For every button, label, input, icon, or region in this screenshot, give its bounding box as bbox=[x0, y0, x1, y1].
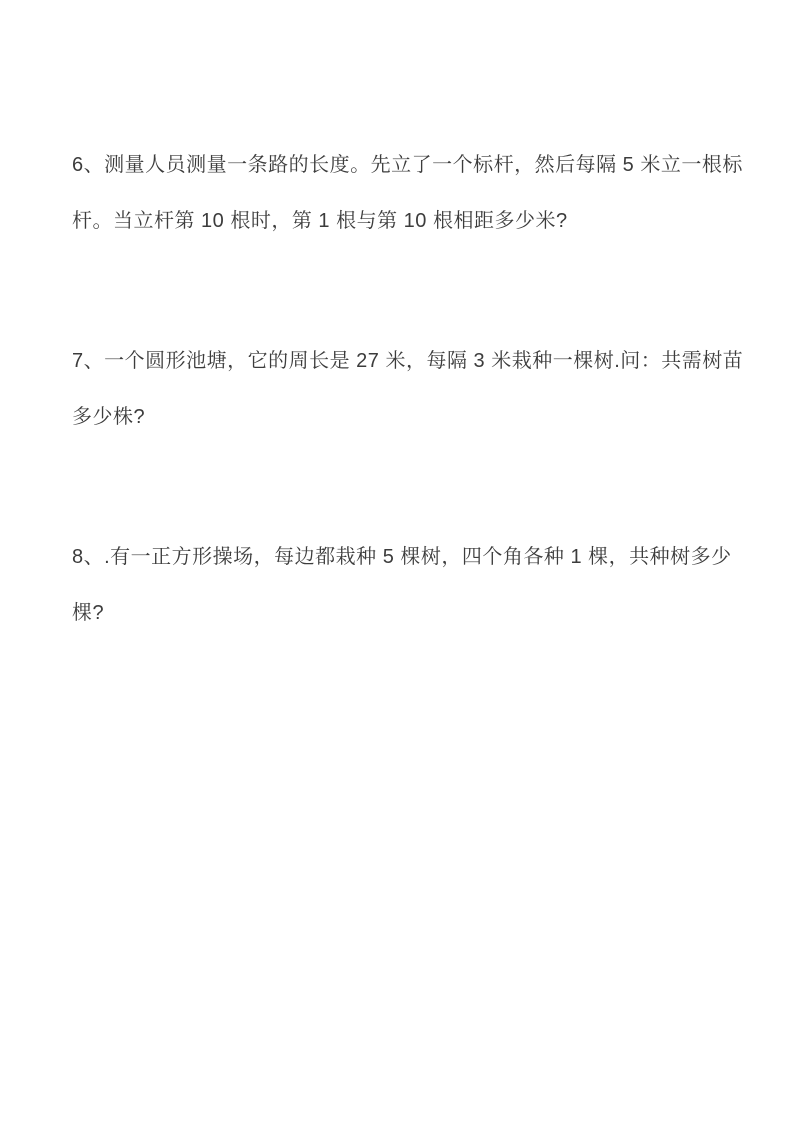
question-7-line-1: 7、一个圆形池塘，它的周长是 27 米，每隔 3 米栽种一棵树.问：共需树苗 bbox=[72, 333, 725, 389]
question-8-line-1: 8、.有一正方形操场，每边都栽种 5 棵树，四个角各种 1 棵，共种树多少 bbox=[72, 529, 725, 585]
worksheet-page: 6、测量人员测量一条路的长度。先立了一个标杆，然后每隔 5 米立一根标 杆。当立… bbox=[0, 0, 793, 1122]
question-6-line-1: 6、测量人员测量一条路的长度。先立了一个标杆，然后每隔 5 米立一根标 bbox=[72, 137, 725, 193]
question-6-line-2: 杆。当立杆第 10 根时，第 1 根与第 10 根相距多少米? bbox=[72, 193, 725, 249]
question-7: 7、一个圆形池塘，它的周长是 27 米，每隔 3 米栽种一棵树.问：共需树苗 多… bbox=[72, 333, 725, 445]
question-7-line-2: 多少株? bbox=[72, 389, 725, 445]
question-8: 8、.有一正方形操场，每边都栽种 5 棵树，四个角各种 1 棵，共种树多少 棵? bbox=[72, 529, 725, 641]
question-6: 6、测量人员测量一条路的长度。先立了一个标杆，然后每隔 5 米立一根标 杆。当立… bbox=[72, 137, 725, 249]
question-8-line-2: 棵? bbox=[72, 585, 725, 641]
